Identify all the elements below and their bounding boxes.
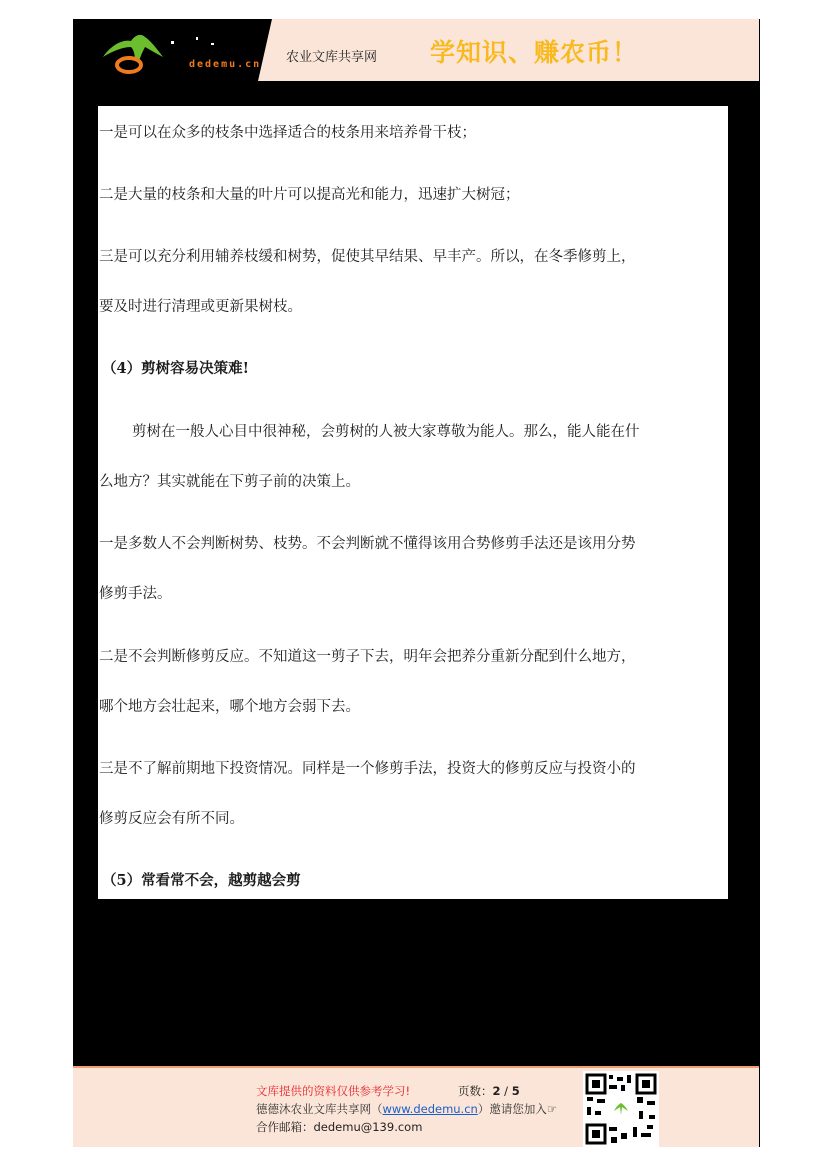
- paragraph-line: 二是不会判断修剪反应。不知道这一剪子下去，明年会把养分重新分配到什么地方，: [99, 645, 636, 666]
- site-prefix: 德德沐农业文库共享网（: [256, 1102, 383, 1116]
- email-line: 合作邮箱：dedemu@139.com: [256, 1119, 422, 1135]
- paragraph-line: 二是大量的枝条和大量的叶片可以提高光和能力，迅速扩大树冠；: [99, 183, 520, 204]
- paragraph-line: 一是可以在众多的枝条中选择适合的枝条用来培养骨干枝；: [99, 121, 476, 142]
- page-current: 2: [493, 1084, 501, 1098]
- pages-label: 页数：: [458, 1084, 493, 1098]
- page-count: 页数：2 / 5: [458, 1083, 520, 1099]
- document-page: dedemu.cn 农业文库共享网 学知识、赚农币！ 一是可以在众多的枝条中选择…: [73, 19, 760, 1147]
- page-separator: /: [501, 1084, 512, 1098]
- dedemu-logo: dedemu.cn: [101, 31, 251, 75]
- paragraph-line: 三是可以充分利用辅养枝缓和树势，促使其早结果、早丰产。所以，在冬季修剪上，: [99, 245, 636, 266]
- page-header: dedemu.cn 农业文库共享网 学知识、赚农币！: [73, 19, 760, 81]
- page-total: 5: [512, 1084, 520, 1098]
- site-link[interactable]: www.dedemu.cn: [383, 1102, 478, 1116]
- section-heading: （4）剪树容易决策难!: [102, 357, 249, 378]
- qr-code: [583, 1071, 659, 1147]
- content-area: 一是可以在众多的枝条中选择适合的枝条用来培养骨干枝； 二是大量的枝条和大量的叶片…: [98, 106, 728, 899]
- section-heading: （5）常看常不会，越剪越会剪: [102, 869, 301, 890]
- paragraph-line: 修剪反应会有所不同。: [99, 807, 244, 828]
- site-name: 农业文库共享网: [286, 46, 377, 65]
- paragraph-line: 剪树在一般人心目中很神秘，会剪树的人被大家尊敬为能人。那么，能人能在什: [132, 420, 640, 441]
- qr-code-icon: [583, 1071, 659, 1147]
- paragraph-line: 一是多数人不会判断树势、枝势。不会判断就不懂得该用合势修剪手法还是该用分势: [99, 532, 636, 553]
- paragraph-line: 修剪手法。: [99, 582, 172, 603]
- paragraph-line: 哪个地方会壮起来，哪个地方会弱下去。: [99, 695, 360, 716]
- paragraph-line: 三是不了解前期地下投资情况。同样是一个修剪手法，投资大的修剪反应与投资小的: [99, 757, 636, 778]
- page-footer: 文库提供的资料仅供参考学习! 页数：2 / 5 德德沐农业文库共享网（www.d…: [73, 1066, 759, 1147]
- slogan: 学知识、赚农币！: [430, 33, 638, 69]
- site-invite: 德德沐农业文库共享网（www.dedemu.cn）邀请您加入☞: [256, 1101, 557, 1117]
- site-suffix: ）邀请您加入☞: [478, 1102, 557, 1116]
- paragraph-line: 么地方？其实就能在下剪子前的决策上。: [99, 470, 360, 491]
- logo-text: dedemu.cn: [189, 59, 261, 70]
- disclaimer-text: 文库提供的资料仅供参考学习!: [256, 1083, 410, 1099]
- paragraph-line: 要及时进行清理或更新果树枝。: [99, 295, 302, 316]
